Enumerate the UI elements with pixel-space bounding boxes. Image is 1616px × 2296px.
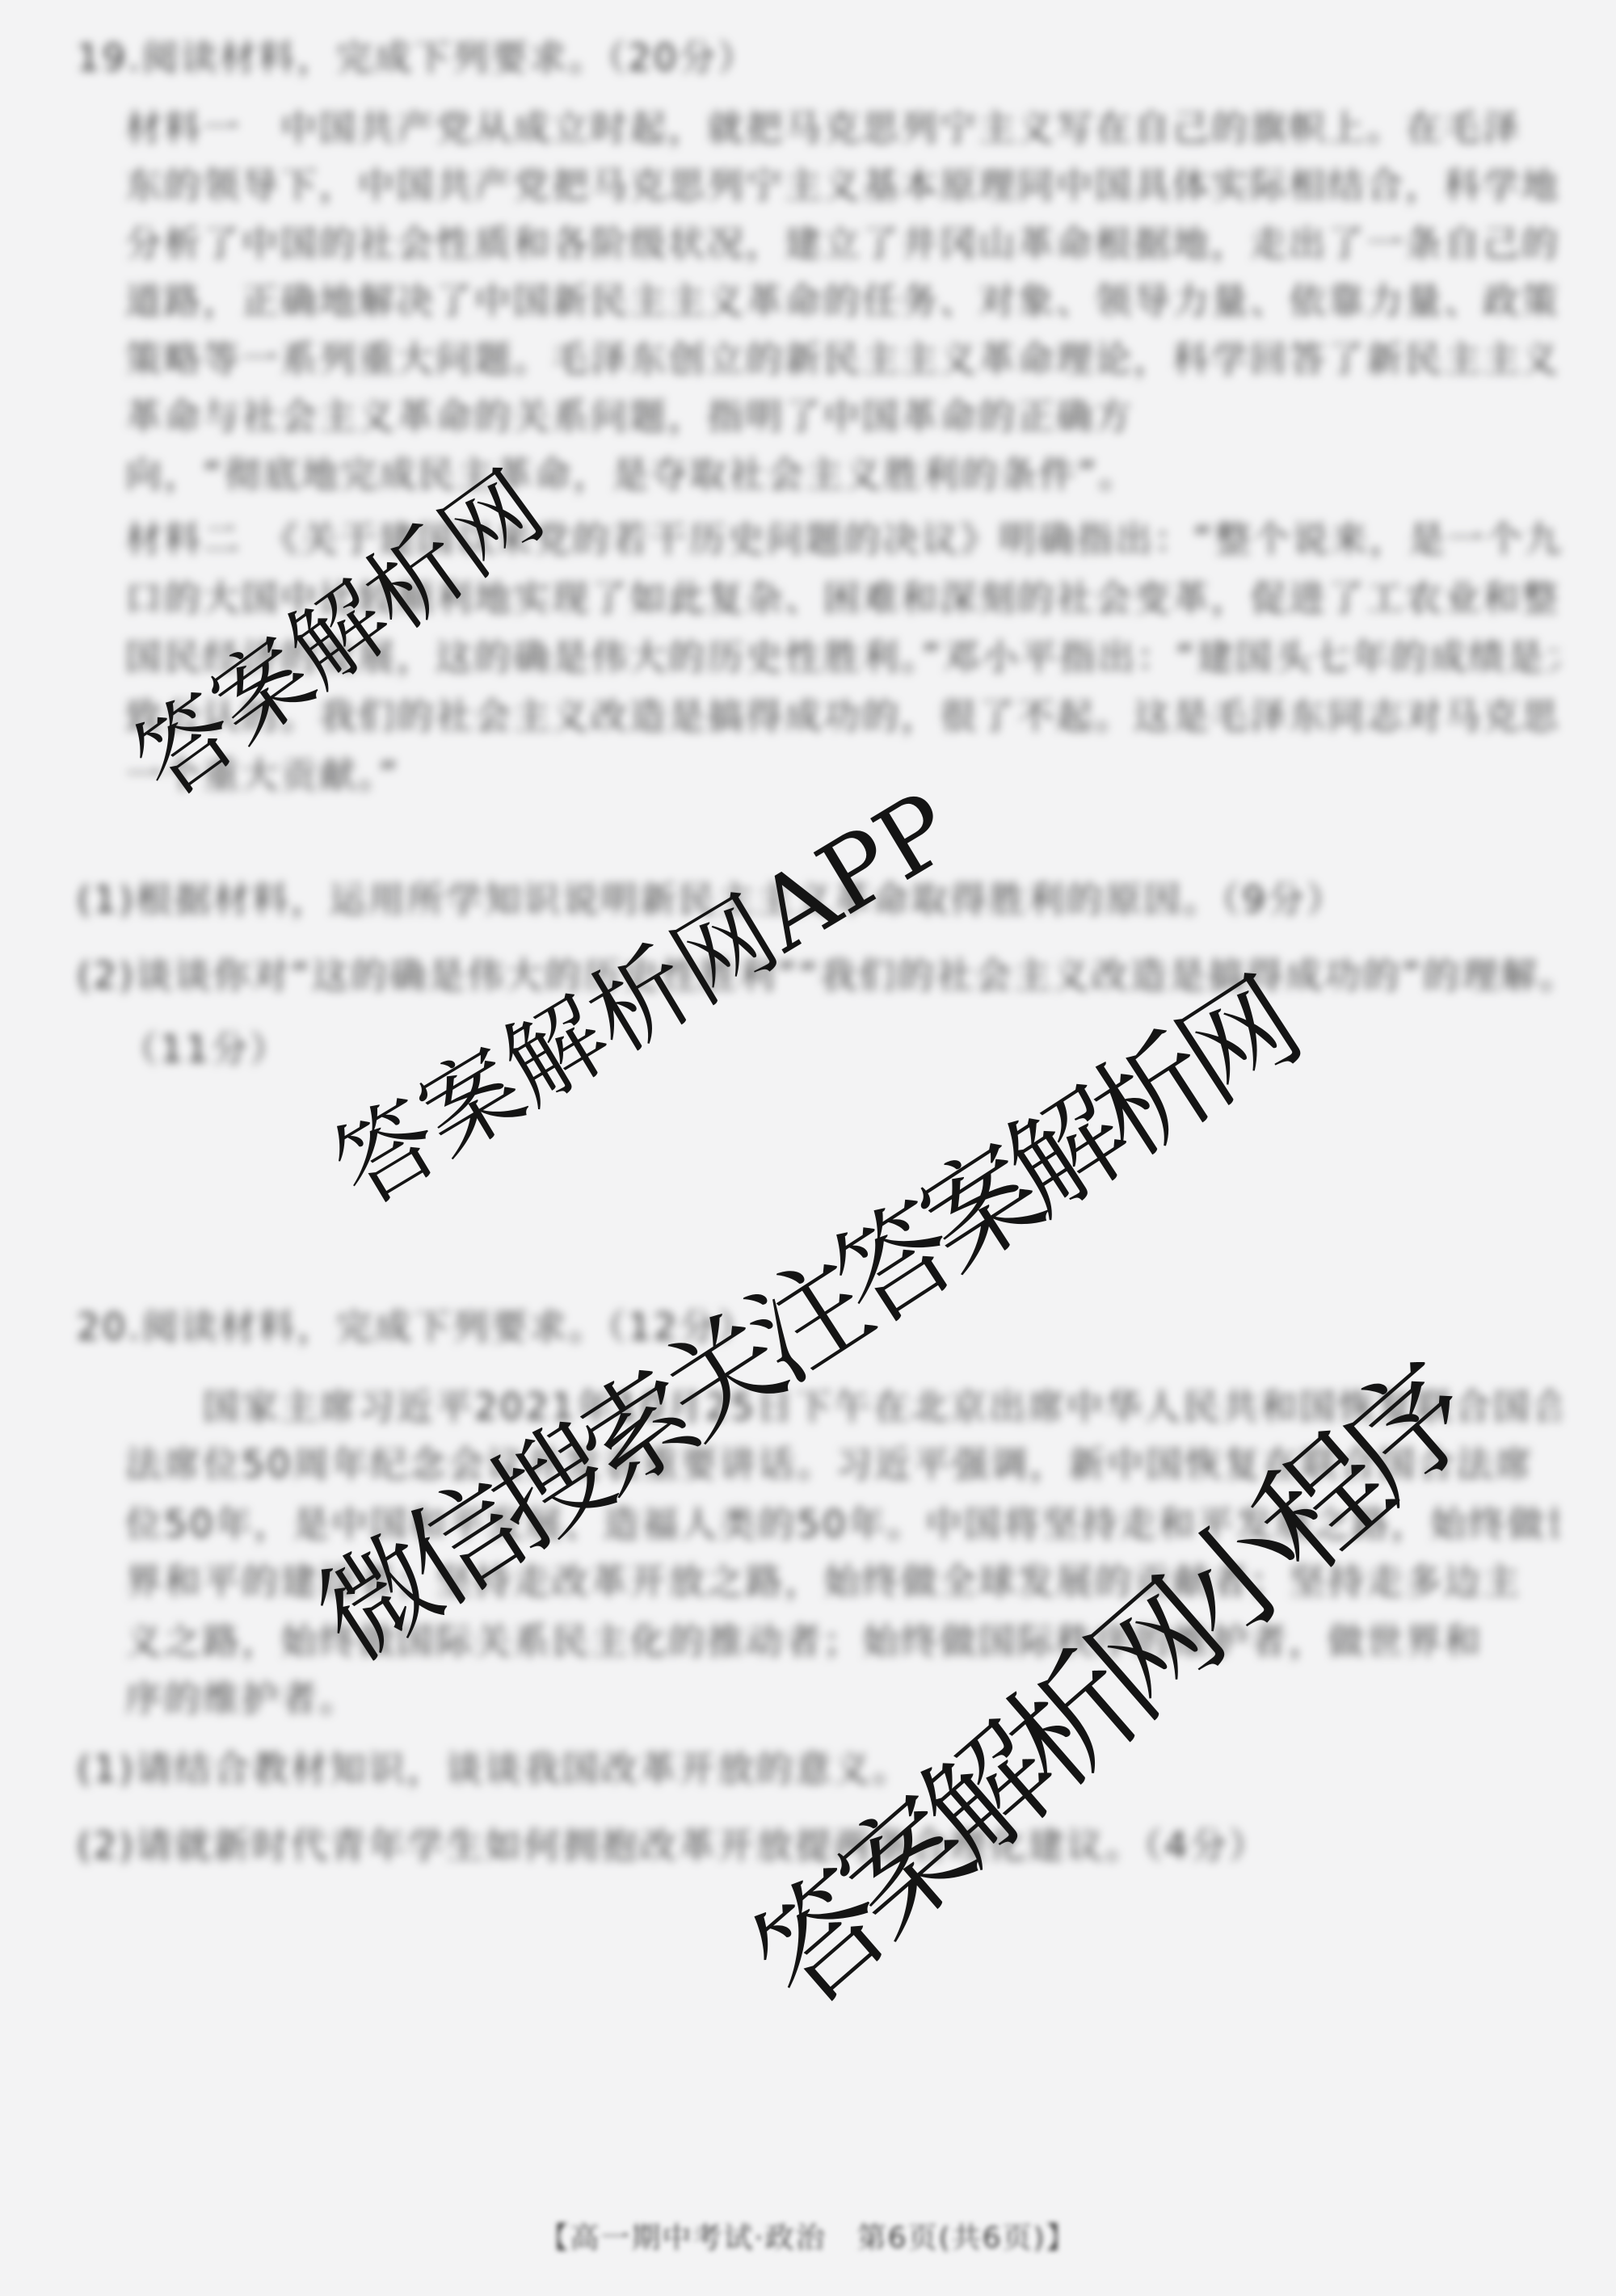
material-1-line: 分析了中国的社会性质和各阶级状况，建立了井冈山革命根据地，走出了一条自己的 [125,217,1559,271]
material-1-line: 策略等一系列重大问题。毛泽东创立的新民主主义革命理论，科学回答了新民主主义 [125,333,1559,386]
page-footer: 【高一期中考试·政治 第6页(共6页)】 [0,2215,1616,2256]
material-1-line: 东的领导下，中国共产党把马克思列宁主义基本原理同中国具体实际相结合，科学地 [125,159,1559,212]
material-line: 序的维护者。 [125,1672,1559,1726]
question-19-item-2-score: （11分） [121,1023,1555,1076]
material-2-line: 一个重大贡献。” [125,749,1559,802]
material-2-line: 材料二 《关于建国以来党的若干历史问题的决议》明确指出：“整个说来，是一个九亿人 [125,513,1559,566]
exam-page: 19.阅读材料，完成下列要求。（20分） 材料一 中国共产党从成立时起，就把马克… [0,0,1616,2296]
material-1-line: 道路，正确地解决了中国新民主主义革命的任务、对象、领导力量、依靠力量、政策和 [125,275,1559,328]
material-1-line: 材料一 中国共产党从成立时起，就把马克思列宁主义写在自己的旗帜上。在毛泽 [125,102,1559,155]
material-1-line: 向，“彻底地完成民主革命，是夺取社会主义胜利的条件”。 [125,448,1559,502]
question-19-header: 19.阅读材料，完成下列要求。（20分） [77,32,1559,85]
material-1-line: 革命与社会主义革命的关系问题，指明了中国革命的正确方 [125,390,1559,444]
question-20-item-1: (1)请结合教材知识，谈谈我国改革开放的意义。 [77,1743,1559,1796]
